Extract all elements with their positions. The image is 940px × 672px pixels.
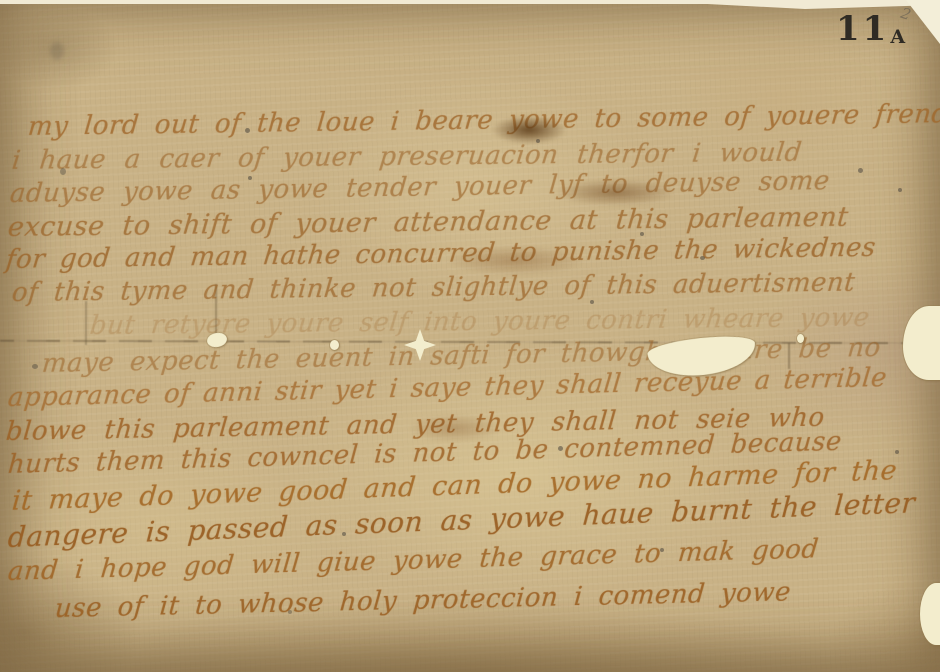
ink-blot: [448, 246, 583, 275]
letter-line-15: use of it to whose holy proteccion i com…: [54, 577, 792, 624]
speck: [342, 532, 346, 536]
speck: [245, 128, 250, 133]
speck: [558, 446, 563, 451]
speck: [248, 176, 252, 180]
speck: [288, 610, 292, 614]
speck: [536, 139, 540, 143]
paper-hole: [797, 334, 804, 343]
speck: [32, 364, 38, 369]
speck: [60, 168, 66, 175]
folio-letter: A: [890, 26, 905, 48]
paper-hole: [330, 340, 339, 350]
speck: [660, 548, 664, 552]
ink-blot: [492, 116, 566, 144]
letter-line-6: of this tyme and thinke not slightlye of…: [11, 268, 857, 308]
manuscript-scan: my lord out of the loue i beare yowe to …: [0, 0, 940, 672]
speck: [640, 232, 644, 236]
ink-blot: [410, 415, 500, 442]
speck: [895, 450, 899, 454]
speck: [700, 256, 705, 260]
folio-number: 11: [836, 9, 889, 49]
speck: [898, 188, 902, 192]
folio-number-stamp: 11A: [836, 12, 904, 46]
smudge: [50, 42, 64, 60]
letter-line-1: my lord out of the loue i beare yowe to …: [27, 99, 940, 142]
ink-blot: [556, 179, 674, 206]
speck: [590, 300, 594, 304]
speck: [858, 168, 863, 173]
